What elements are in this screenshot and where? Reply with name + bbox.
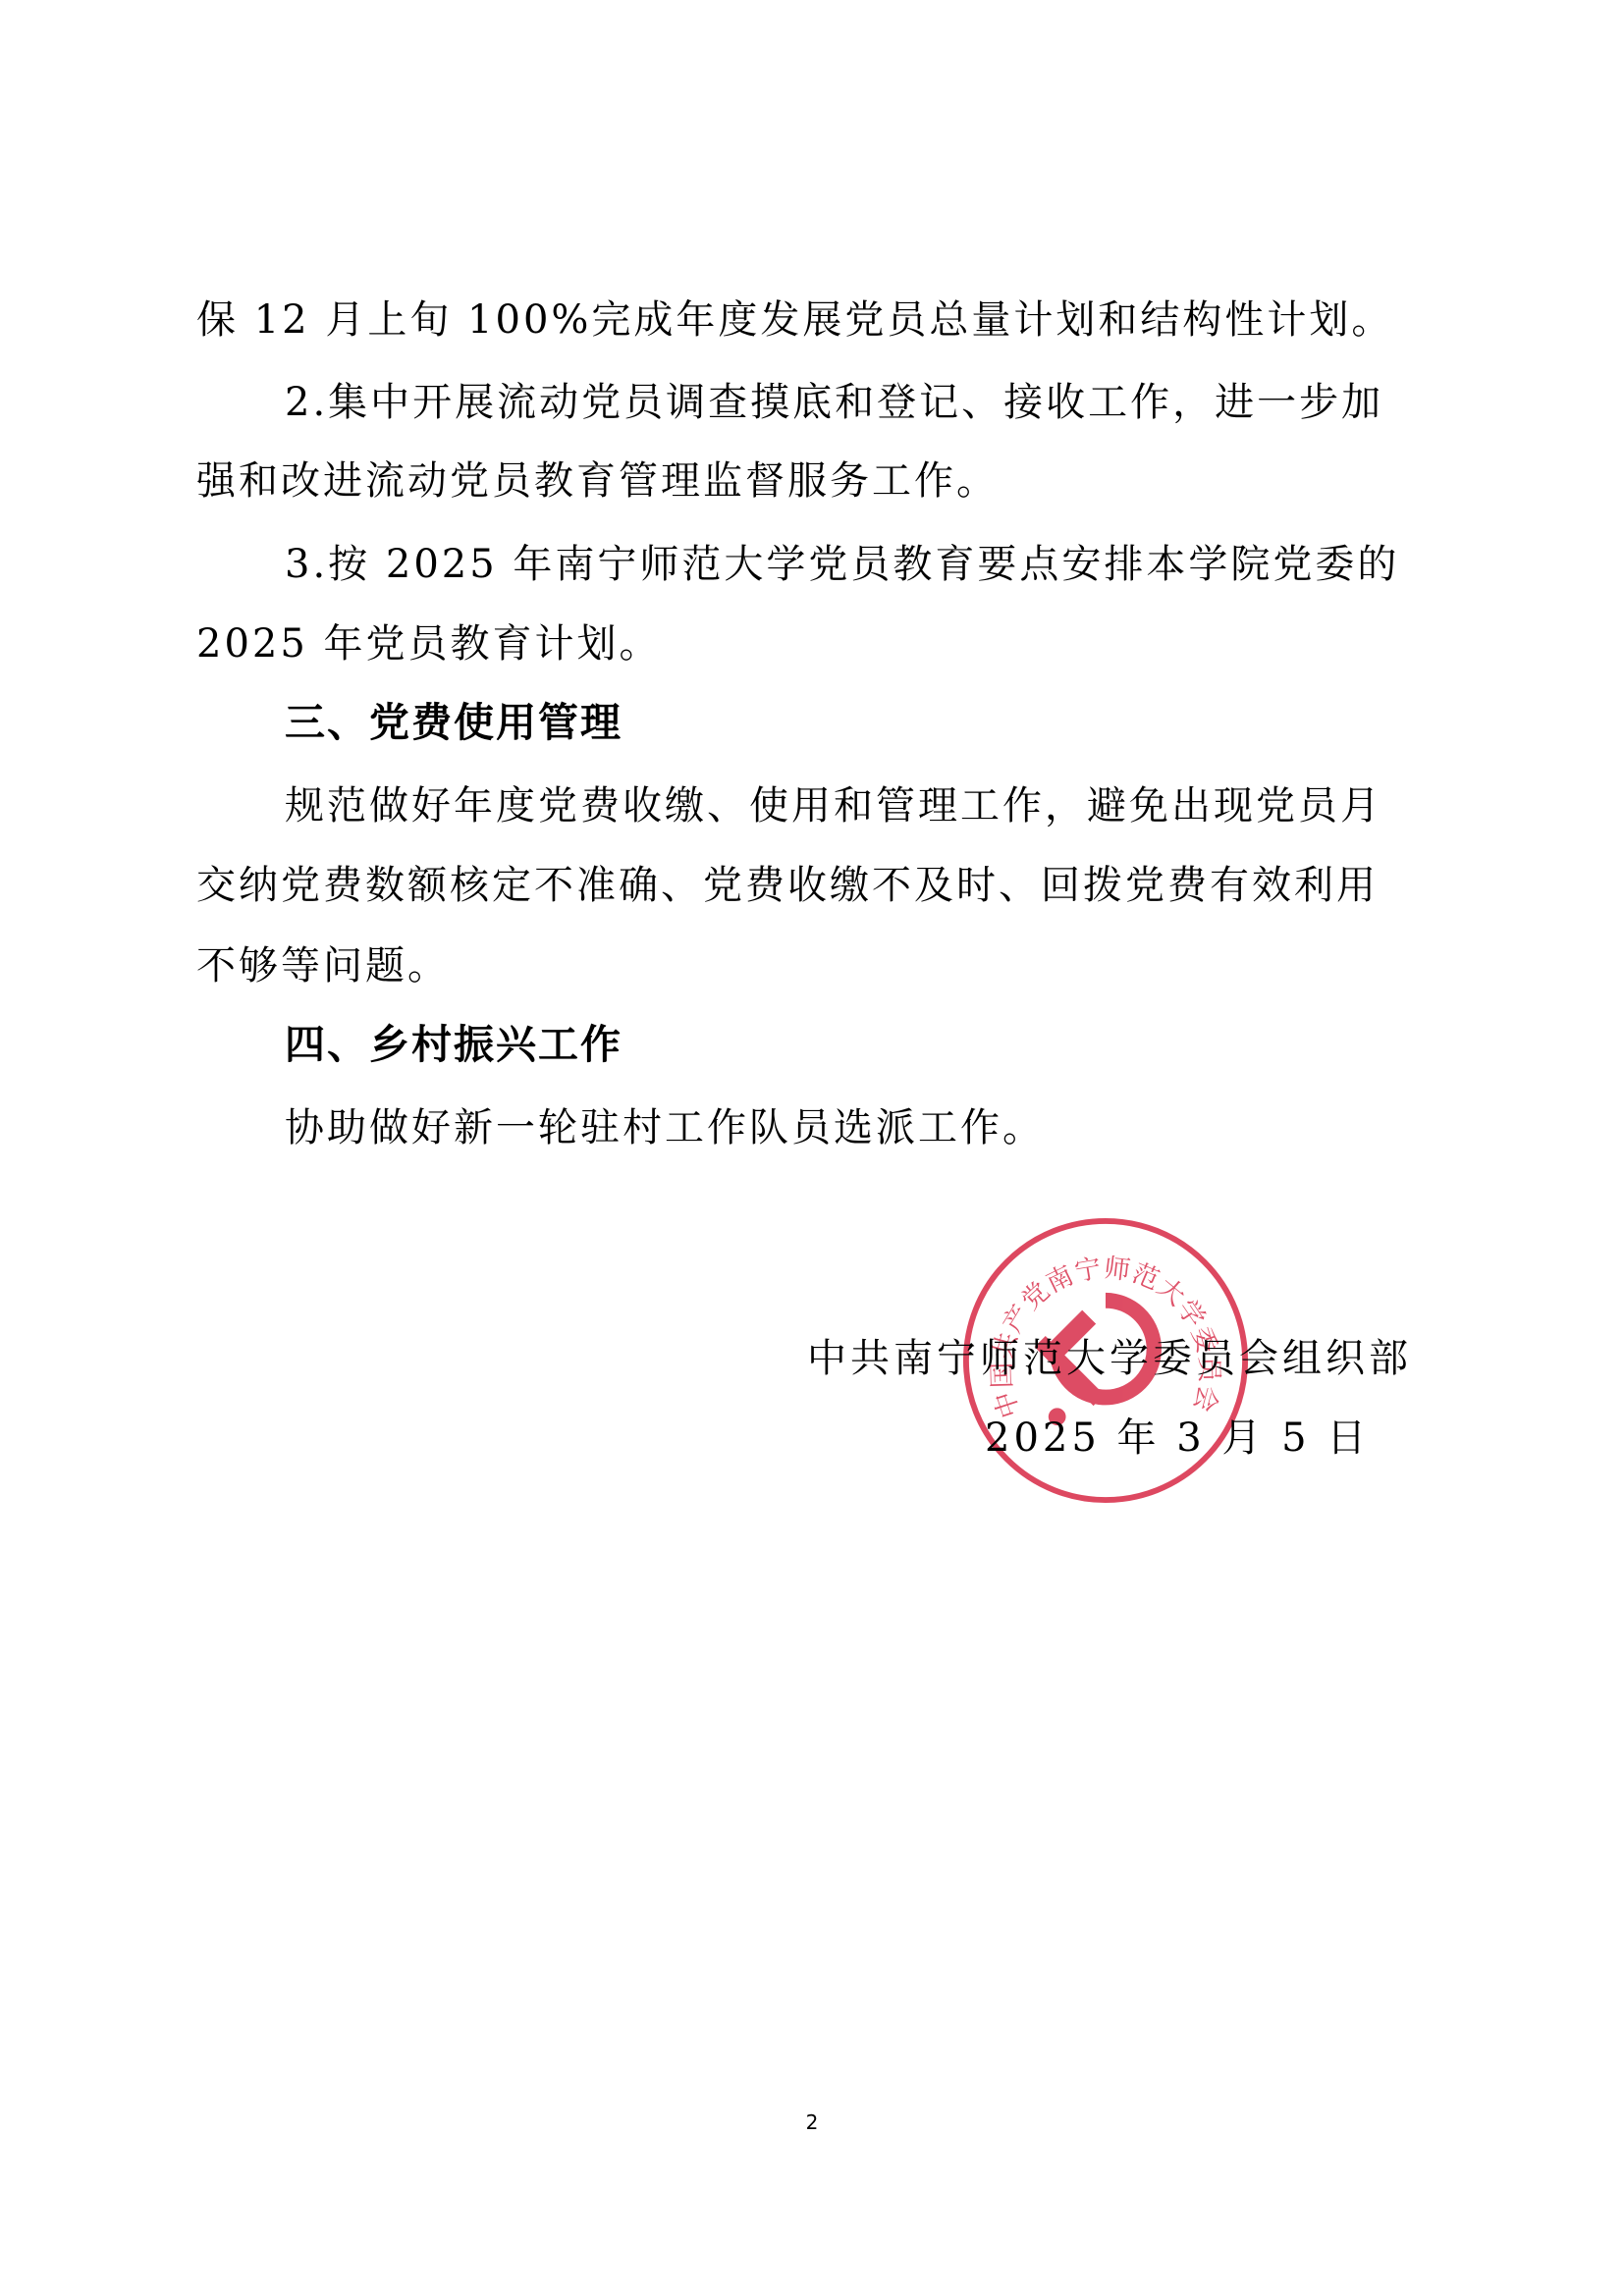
body-line: 3.按 2025 年南宁师范大学党员教育要点安排本学院党委的 <box>285 541 1399 588</box>
body-line: 交纳党费数额核定不准确、党费收缴不及时、回拨党费有效利用 <box>196 862 1379 909</box>
body-line: 规范做好年度党费收缴、使用和管理工作，避免出现党员月 <box>285 782 1382 829</box>
body-line: 强和改进流动党员教育管理监督服务工作。 <box>196 457 999 505</box>
section-heading-party-fees: 三、党费使用管理 <box>285 699 623 746</box>
body-line: 2.集中开展流动党员调查摸底和登记、接收工作，进一步加 <box>285 379 1383 426</box>
body-line: 2025 年党员教育计划。 <box>196 620 662 667</box>
page-number: 2 <box>0 2110 1624 2134</box>
document-page: 保 12 月上旬 100%完成年度发展党员总量计划和结构性计划。 2.集中开展流… <box>0 0 1624 2296</box>
section-heading-rural-revitalization: 四、乡村振兴工作 <box>285 1021 623 1068</box>
body-line: 不够等问题。 <box>196 942 450 989</box>
signature-organization: 中共南宁师范大学委员会组织部 <box>807 1335 1412 1382</box>
signature-date: 2025 年 3 月 5 日 <box>985 1415 1370 1462</box>
body-line: 协助做好新一轮驻村工作队员选派工作。 <box>285 1104 1045 1151</box>
body-line: 保 12 月上旬 100%完成年度发展党员总量计划和结构性计划。 <box>196 296 1393 344</box>
